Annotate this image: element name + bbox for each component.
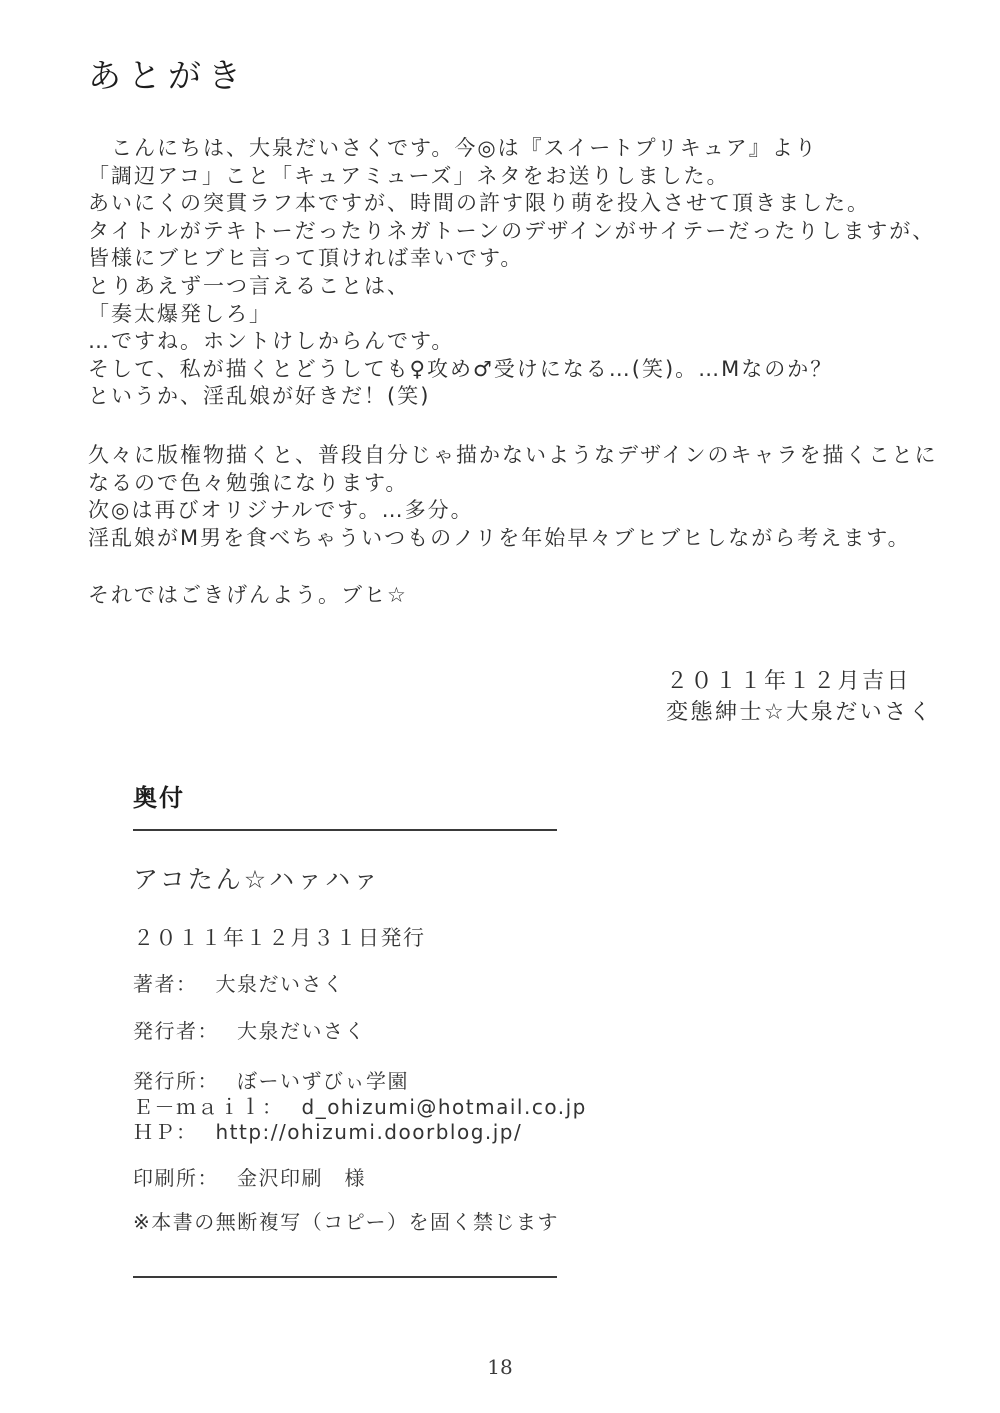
afterword-line: なるので色々勉強になります。 bbox=[88, 470, 938, 498]
afterword-line: タイトルがテキトーだったりネガトーンのデザインがサイテーだったりしますが、 bbox=[88, 218, 935, 246]
colophon-divider-bottom bbox=[133, 1276, 557, 1278]
row-value: 大泉だいさく bbox=[237, 1019, 366, 1043]
colophon-heading: 奥付 bbox=[133, 778, 185, 813]
afterword-paragraph-3: それではごきげんよう。ブヒ☆ bbox=[88, 582, 408, 610]
afterword-line: それではごきげんよう。ブヒ☆ bbox=[88, 582, 408, 610]
row-label: ＨＰ： bbox=[133, 1120, 198, 1144]
afterword-line: というか、淫乱娘が好きだ！(笑) bbox=[88, 383, 935, 411]
row-label: 著者： bbox=[133, 972, 198, 996]
colophon-divider-top bbox=[133, 829, 557, 831]
afterword-line: 皆様にブヒブヒ言って頂ければ幸いです。 bbox=[88, 245, 935, 273]
afterword-paragraph-2: 久々に版権物描くと、普段自分じゃ描かないようなデザインのキャラを描くことに なる… bbox=[88, 442, 938, 552]
afterword-page: あとがき こんにちは、大泉だいさくです。今◎は『スイートプリキュア』より 「調辺… bbox=[0, 0, 1000, 1413]
date-line: ２０１１年１２月吉日 bbox=[666, 666, 933, 697]
publish-date: ２０１１年１２月３１日発行 bbox=[133, 922, 426, 952]
afterword-paragraph-1: こんにちは、大泉だいさくです。今◎は『スイートプリキュア』より 「調辺アコ」こと… bbox=[88, 135, 935, 411]
afterword-line: 「奏太爆発しろ」 bbox=[88, 301, 935, 329]
date-signature-block: ２０１１年１２月吉日 変態紳士☆大泉だいさく bbox=[666, 666, 933, 728]
afterword-line: そして、私が描くとどうしても♀攻め♂受けになる…(笑)。…Mなのか？ bbox=[88, 356, 935, 384]
page-title: あとがき bbox=[88, 50, 248, 97]
colophon-row-hp: ＨＰ：http://ohizumi.doorblog.jp/ bbox=[133, 1116, 522, 1145]
colophon-row-printer: 印刷所：金沢印刷 様 bbox=[133, 1162, 366, 1191]
page-number: 18 bbox=[0, 1355, 1000, 1379]
afterword-line: 淫乱娘がM男を食べちゃういつものノリを年始早々ブヒブヒしながら考えます。 bbox=[88, 525, 938, 553]
afterword-line: 久々に版権物描くと、普段自分じゃ描かないようなデザインのキャラを描くことに bbox=[88, 442, 938, 470]
afterword-line: 次◎は再びオリジナルです。…多分。 bbox=[88, 497, 938, 525]
row-value: ぼーいずびぃ学園 bbox=[237, 1069, 409, 1093]
afterword-line: とりあえず一つ言えることは、 bbox=[88, 273, 935, 301]
row-value: 大泉だいさく bbox=[216, 972, 345, 996]
row-label: 発行者： bbox=[133, 1019, 219, 1043]
row-value: http://ohizumi.doorblog.jp/ bbox=[216, 1120, 523, 1144]
signature-line: 変態紳士☆大泉だいさく bbox=[666, 697, 933, 728]
row-label: 印刷所： bbox=[133, 1166, 219, 1190]
afterword-line: 「調辺アコ」こと「キュアミューズ」ネタをお送りしました。 bbox=[88, 163, 935, 191]
afterword-line: こんにちは、大泉だいさくです。今◎は『スイートプリキュア』より bbox=[88, 135, 935, 163]
copyright-notice: ※本書の無断複写（コピー）を固く禁じます bbox=[133, 1206, 559, 1235]
row-label: 発行所： bbox=[133, 1069, 219, 1093]
colophon-row-circle: 発行所：ぼーいずびぃ学園 bbox=[133, 1065, 409, 1094]
row-value: 金沢印刷 様 bbox=[237, 1166, 366, 1190]
book-title: アコたん☆ハァハァ bbox=[133, 860, 381, 896]
afterword-line: …ですね。ホントけしからんです。 bbox=[88, 328, 935, 356]
colophon-row-author: 著者：大泉だいさく bbox=[133, 968, 345, 997]
afterword-line: あいにくの突貫ラフ本ですが、時間の許す限り萌を投入させて頂きました。 bbox=[88, 190, 935, 218]
colophon-row-publisher: 発行者：大泉だいさく bbox=[133, 1015, 366, 1044]
